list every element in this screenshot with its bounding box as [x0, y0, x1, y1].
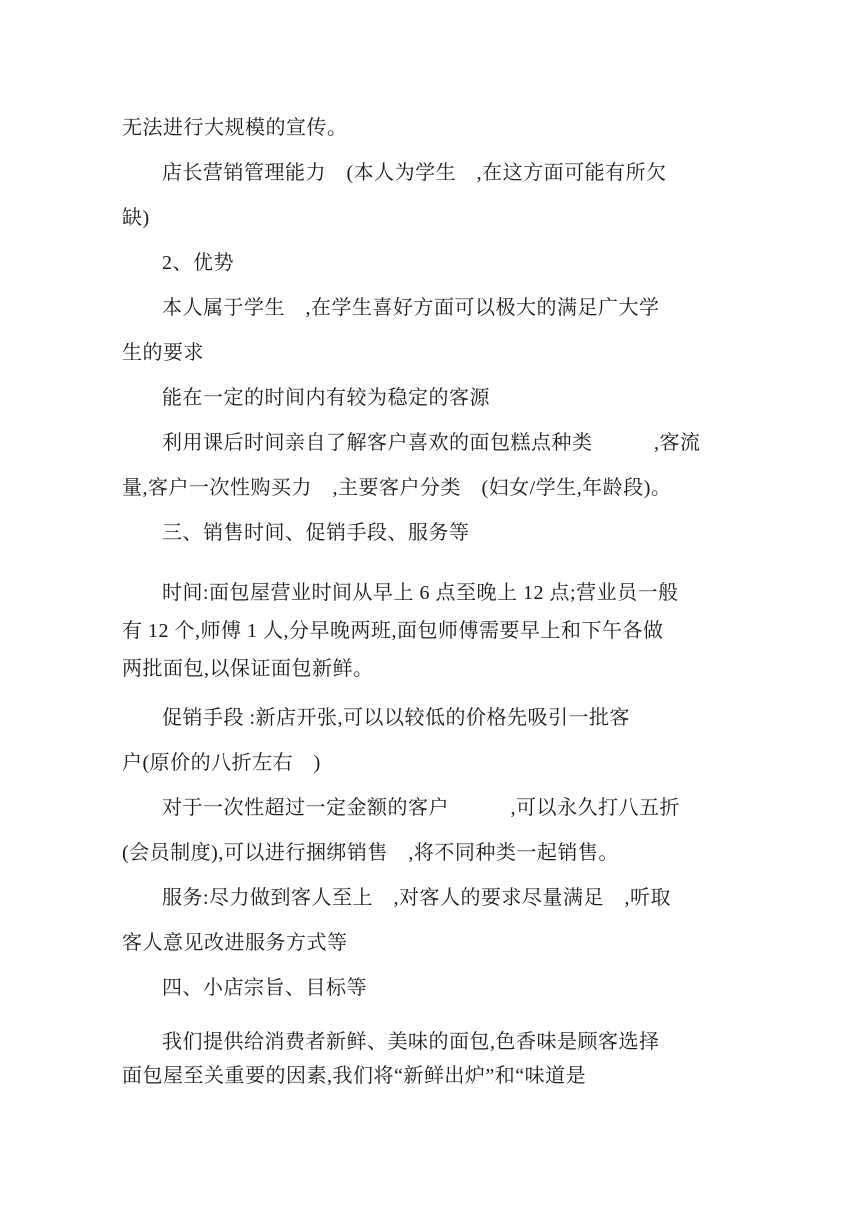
- document-content: 无法进行大规模的宣传。 店长营销管理能力 (本人为学生 ,在这方面可能有所欠 缺…: [122, 106, 724, 1093]
- document-page: 无法进行大规模的宣传。 店长营销管理能力 (本人为学生 ,在这方面可能有所欠 缺…: [0, 0, 860, 1218]
- doc-line: 无法进行大规模的宣传。: [122, 106, 724, 151]
- doc-line: 有 12 个,师傅 1 人,分早晚两班,面包师傅需要早上和下午各做: [122, 612, 724, 650]
- doc-line: 能在一定的时间内有较为稳定的客源: [122, 376, 724, 421]
- doc-line: 促销手段 :新店开张,可以以较低的价格先吸引一批客: [122, 696, 724, 741]
- doc-line: 客人意见改进服务方式等: [122, 921, 724, 966]
- doc-line: 时间:面包屋营业时间从早上 6 点至晚上 12 点;营业员一般: [122, 574, 724, 612]
- doc-line: 利用课后时间亲自了解客户喜欢的面包糕点种类 ,客流: [122, 421, 724, 466]
- doc-line: 服务:尽力做到客人至上 ,对客人的要求尽量满足 ,听取: [122, 876, 724, 921]
- doc-line: 面包屋至关重要的因素,我们将“新鲜出炉”和“味道是: [122, 1059, 724, 1093]
- doc-line: 量,客户一次性购买力 ,主要客户分类 (妇女/学生,年龄段)。: [122, 466, 724, 511]
- doc-line: 生的要求: [122, 331, 724, 376]
- doc-line: 本人属于学生 ,在学生喜好方面可以极大的满足广大学: [122, 286, 724, 331]
- doc-line: 户(原价的八折左右 ): [122, 741, 724, 786]
- doc-line: 缺): [122, 196, 724, 241]
- doc-line: 我们提供给消费者新鲜、美味的面包,色香味是顾客选择: [122, 1025, 724, 1059]
- doc-line: 店长营销管理能力 (本人为学生 ,在这方面可能有所欠: [122, 151, 724, 196]
- doc-line: 两批面包,以保证面包新鲜。: [122, 650, 724, 688]
- doc-line: 对于一次性超过一定金额的客户 ,可以永久打八五折: [122, 786, 724, 831]
- list-item-label: 2、优势: [122, 241, 724, 286]
- doc-line: (会员制度),可以进行捆绑销售 ,将不同种类一起销售。: [122, 831, 724, 876]
- section-heading: 四、小店宗旨、目标等: [122, 966, 724, 1011]
- section-heading: 三、销售时间、促销手段、服务等: [122, 511, 724, 556]
